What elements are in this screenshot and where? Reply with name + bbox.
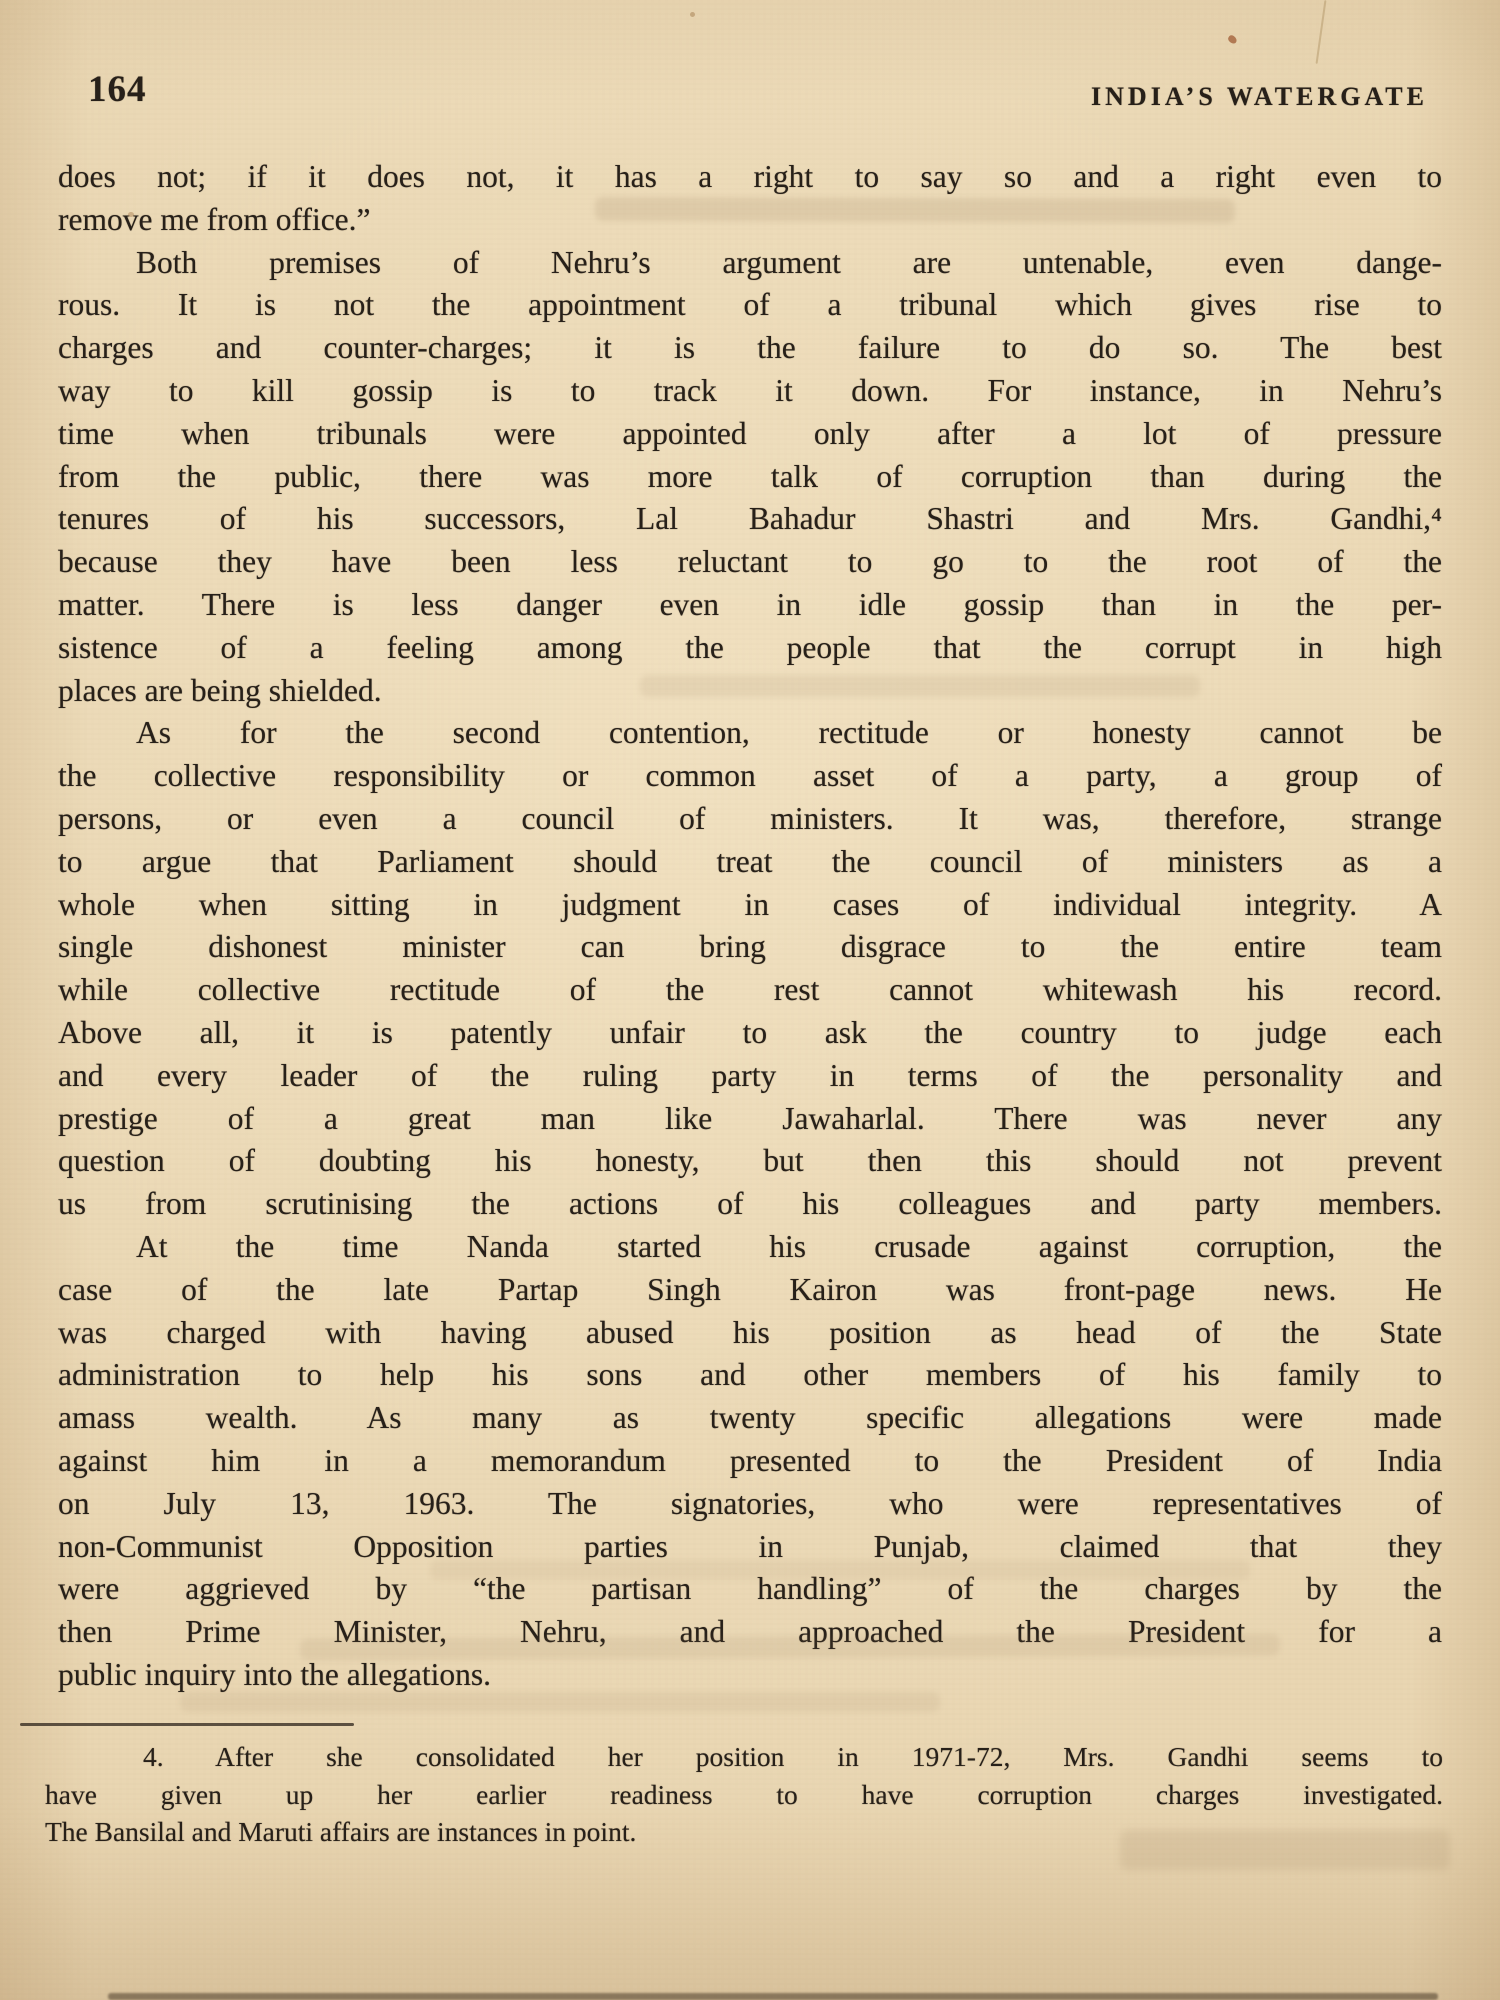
body-line: and every leader of the ruling party in … bbox=[58, 1055, 1442, 1098]
body-line: while collective rectitude of the rest c… bbox=[58, 969, 1442, 1012]
body-line: remove me from office.” bbox=[58, 199, 1442, 242]
body-line: Above all, it is patently unfair to ask … bbox=[58, 1012, 1442, 1055]
body-line: because they have been less reluctant to… bbox=[58, 541, 1442, 584]
body-line: places are being shielded. bbox=[58, 670, 1442, 713]
page-number: 164 bbox=[88, 68, 147, 111]
body-line: persons, or even a council of ministers.… bbox=[58, 798, 1442, 841]
running-title: INDIA’S WATERGATE bbox=[1091, 82, 1428, 112]
footnote-separator-rule bbox=[20, 1723, 354, 1726]
footnote-line: The Bansilal and Maruti affairs are inst… bbox=[45, 1813, 1443, 1851]
body-line: on July 13, 1963. The signatories, who w… bbox=[58, 1483, 1442, 1526]
body-line: to argue that Parliament should treat th… bbox=[58, 841, 1442, 884]
body-line: Both premises of Nehru’s argument are un… bbox=[58, 242, 1442, 285]
body-line: matter. There is less danger even in idl… bbox=[58, 584, 1442, 627]
footnote: 4. After she consolidated her position i… bbox=[45, 1738, 1443, 1851]
body-line: from the public, there was more talk of … bbox=[58, 456, 1442, 499]
body-line: administration to help his sons and othe… bbox=[58, 1354, 1442, 1397]
body-line: sistence of a feeling among the people t… bbox=[58, 627, 1442, 670]
body-line: was charged with having abused his posit… bbox=[58, 1312, 1442, 1355]
body-line: non-Communist Opposition parties in Punj… bbox=[58, 1526, 1442, 1569]
body-line: public inquiry into the allegations. bbox=[58, 1654, 1442, 1697]
body-line: As for the second contention, rectitude … bbox=[58, 712, 1442, 755]
body-line: case of the late Partap Singh Kairon was… bbox=[58, 1269, 1442, 1312]
page-bottom-scan-shadow bbox=[108, 1993, 1438, 2000]
body-line: the collective responsibility or common … bbox=[58, 755, 1442, 798]
body-line: does not; if it does not, it has a right… bbox=[58, 156, 1442, 199]
body-line: whole when sitting in judgment in cases … bbox=[58, 884, 1442, 927]
body-text: does not; if it does not, it has a right… bbox=[58, 156, 1442, 1697]
body-line: way to kill gossip is to track it down. … bbox=[58, 370, 1442, 413]
body-line: against him in a memorandum presented to… bbox=[58, 1440, 1442, 1483]
footnote-line: have given up her earlier readiness to h… bbox=[45, 1776, 1443, 1814]
body-line: single dishonest minister can bring disg… bbox=[58, 926, 1442, 969]
body-line: time when tribunals were appointed only … bbox=[58, 413, 1442, 456]
body-line: us from scrutinising the actions of his … bbox=[58, 1183, 1442, 1226]
body-line: tenures of his successors, Lal Bahadur S… bbox=[58, 498, 1442, 541]
body-line: question of doubting his honesty, but th… bbox=[58, 1140, 1442, 1183]
body-line: amass wealth. As many as twenty specific… bbox=[58, 1397, 1442, 1440]
body-line: prestige of a great man like Jawaharlal.… bbox=[58, 1098, 1442, 1141]
body-line: were aggrieved by “the partisan handling… bbox=[58, 1568, 1442, 1611]
body-line: then Prime Minister, Nehru, and approach… bbox=[58, 1611, 1442, 1654]
body-line: charges and counter-charges; it is the f… bbox=[58, 327, 1442, 370]
footnote-line: 4. After she consolidated her position i… bbox=[45, 1738, 1443, 1776]
body-line: At the time Nanda started his crusade ag… bbox=[58, 1226, 1442, 1269]
body-line: rous. It is not the appointment of a tri… bbox=[58, 284, 1442, 327]
